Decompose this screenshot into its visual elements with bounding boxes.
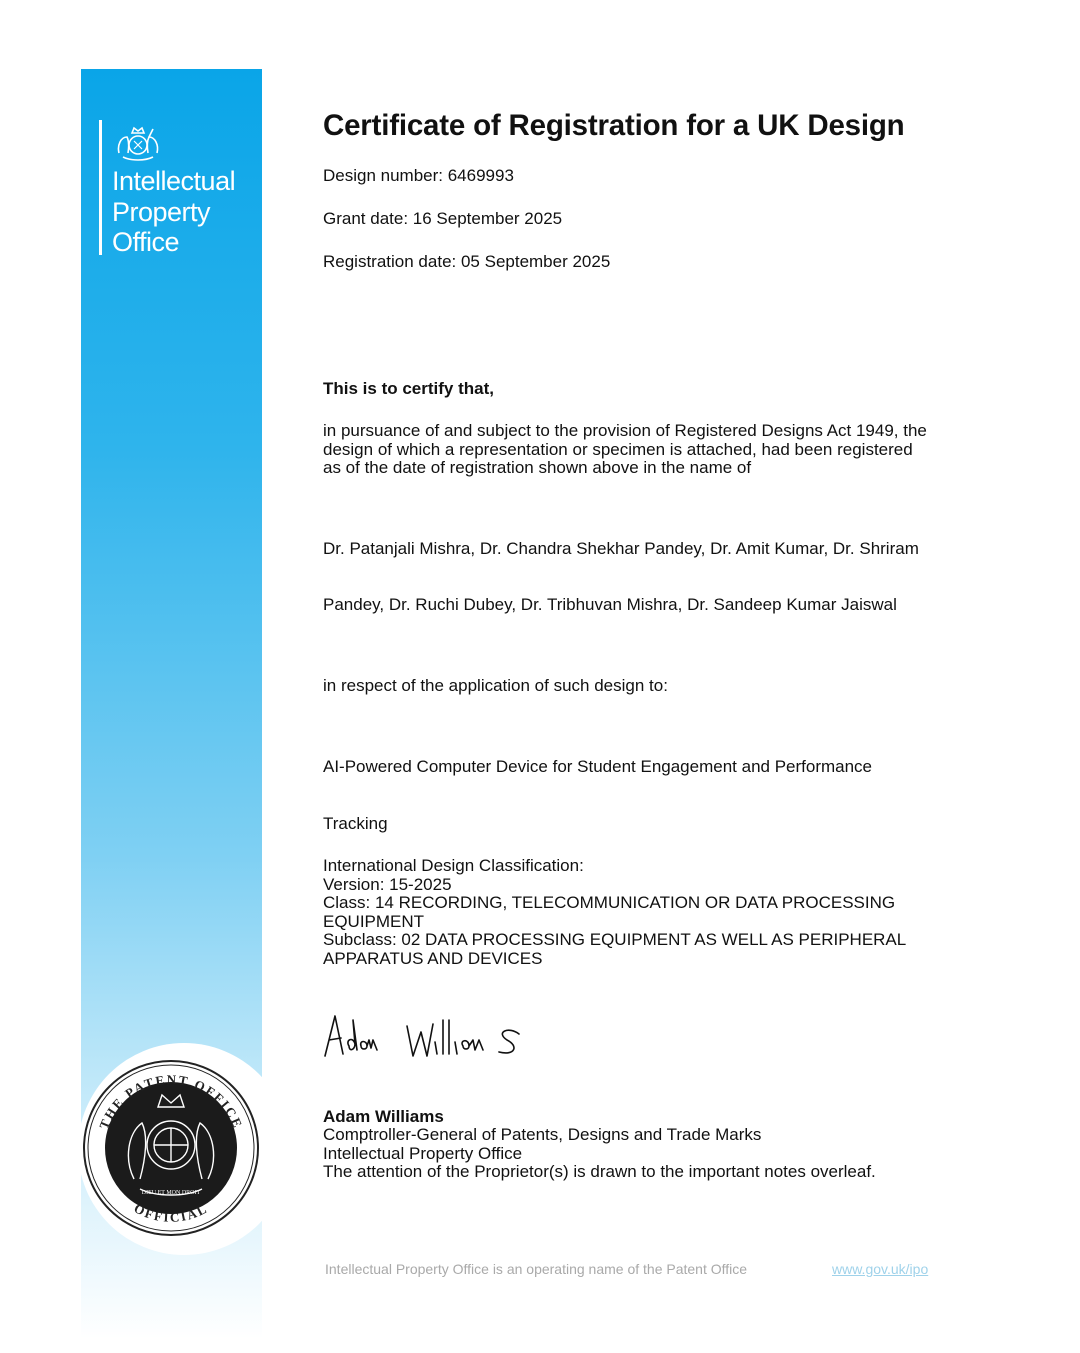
- design-number: Design number: 6469993: [323, 166, 514, 186]
- ipo-website-link[interactable]: www.gov.uk/ipo: [832, 1261, 928, 1277]
- ipo-logo: Intellectual Property Office: [99, 120, 259, 255]
- proprietors-line-1: Dr. Patanjali Mishra, Dr. Chandra Shekha…: [323, 539, 919, 559]
- classification-block: International Design Classification: Ver…: [323, 857, 983, 968]
- signatory-details: Comptroller-General of Patents, Designs …: [323, 1126, 983, 1182]
- signatory-name: Adam Williams: [323, 1107, 444, 1127]
- design-title-line-1: AI-Powered Computer Device for Student E…: [323, 757, 872, 777]
- signature: Adam Williams: [323, 1010, 533, 1065]
- design-title-line-2: Tracking: [323, 814, 388, 834]
- logo-divider: [99, 120, 102, 255]
- page-title: Certificate of Registration for a UK Des…: [323, 109, 905, 143]
- registration-date: Registration date: 05 September 2025: [323, 252, 610, 272]
- seal-motto: DIEU ET MON DROIT: [142, 1190, 201, 1196]
- pursuance-paragraph: in pursuance of and subject to the provi…: [323, 422, 983, 478]
- grant-date: Grant date: 16 September 2025: [323, 209, 562, 229]
- proprietors-line-2: Pandey, Dr. Ruchi Dubey, Dr. Tribhuvan M…: [323, 595, 897, 615]
- footer-note: Intellectual Property Office is an opera…: [325, 1261, 747, 1277]
- respect-text: in respect of the application of such de…: [323, 676, 668, 696]
- logo-text: Intellectual Property Office: [112, 166, 235, 258]
- certify-heading: This is to certify that,: [323, 379, 494, 399]
- patent-office-seal-icon: THE PATENT OFFICE OFFICIAL DIEU ET MON D…: [82, 1059, 260, 1237]
- royal-crest-icon: [113, 123, 163, 163]
